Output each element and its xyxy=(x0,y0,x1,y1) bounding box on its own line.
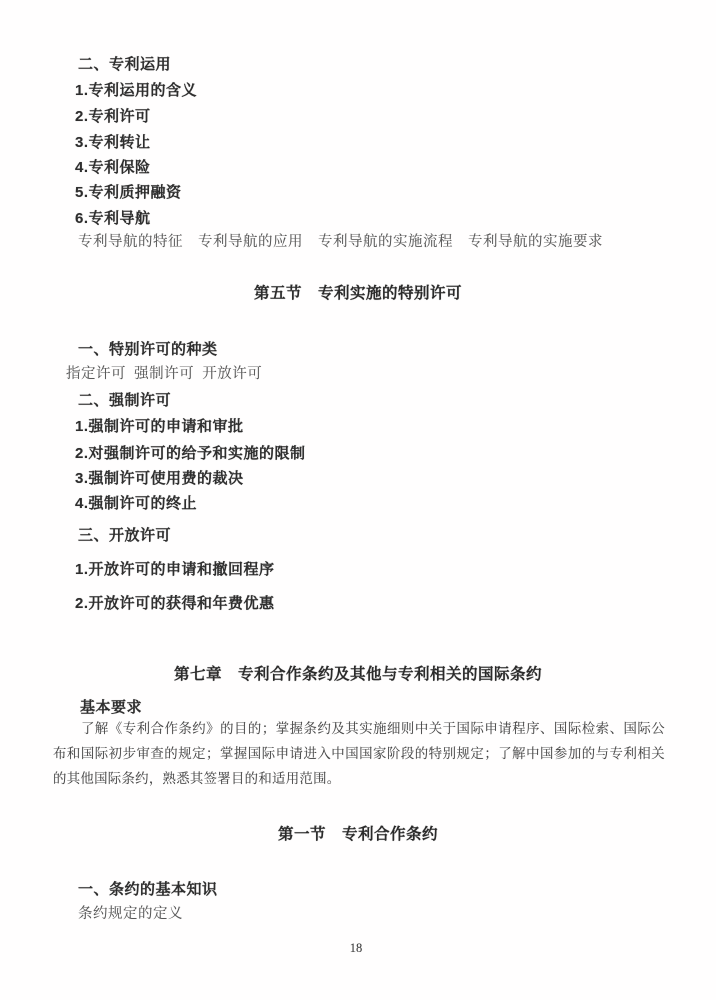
patent-use-item: 5.专利质押融资 xyxy=(75,184,182,201)
patent-navigation-detail: 专利导航的特征 专利导航的应用 专利导航的实施流程 专利导航的实施要求 xyxy=(78,234,603,251)
treaty-basics-heading: 一、条约的基本知识 xyxy=(78,881,218,898)
document-page: 二、专利运用 1.专利运用的含义 2.专利许可 3.专利转让 4.专利保险 5.… xyxy=(0,0,716,1000)
patent-use-heading: 二、专利运用 xyxy=(78,56,171,73)
patent-use-item: 6.专利导航 xyxy=(75,210,151,227)
special-license-types-heading: 一、特别许可的种类 xyxy=(78,341,218,358)
compulsory-license-item: 3.强制许可使用费的裁决 xyxy=(75,470,244,487)
treaty-basics-detail: 条约规定的定义 xyxy=(78,906,183,923)
basic-requirements-heading: 基本要求 xyxy=(80,699,142,716)
chapter7-title: 第七章 专利合作条约及其他与专利相关的国际条约 xyxy=(0,666,716,684)
section5-title: 第五节 专利实施的特别许可 xyxy=(0,285,716,303)
open-license-heading: 三、开放许可 xyxy=(78,527,171,544)
page-number: 18 xyxy=(0,941,712,955)
patent-use-item: 3.专利转让 xyxy=(75,134,151,151)
compulsory-license-item: 4.强制许可的终止 xyxy=(75,495,197,512)
patent-use-item: 2.专利许可 xyxy=(75,108,151,125)
open-license-item: 2.开放许可的获得和年费优惠 xyxy=(75,595,275,612)
patent-use-item: 1.专利运用的含义 xyxy=(75,82,197,99)
patent-use-item: 4.专利保险 xyxy=(75,159,151,176)
compulsory-license-heading: 二、强制许可 xyxy=(78,392,171,409)
section1-title: 第一节 专利合作条约 xyxy=(0,826,716,844)
compulsory-license-item: 1.强制许可的申请和审批 xyxy=(75,418,244,435)
special-license-types-detail: 指定许可 强制许可 开放许可 xyxy=(66,366,262,383)
compulsory-license-item: 2.对强制许可的给予和实施的限制 xyxy=(75,445,306,462)
open-license-item: 1.开放许可的申请和撤回程序 xyxy=(75,561,275,578)
basic-requirements-text: 了解《专利合作条约》的目的；掌握条约及其实施细则中关于国际申请程序、国际检索、国… xyxy=(53,716,665,791)
